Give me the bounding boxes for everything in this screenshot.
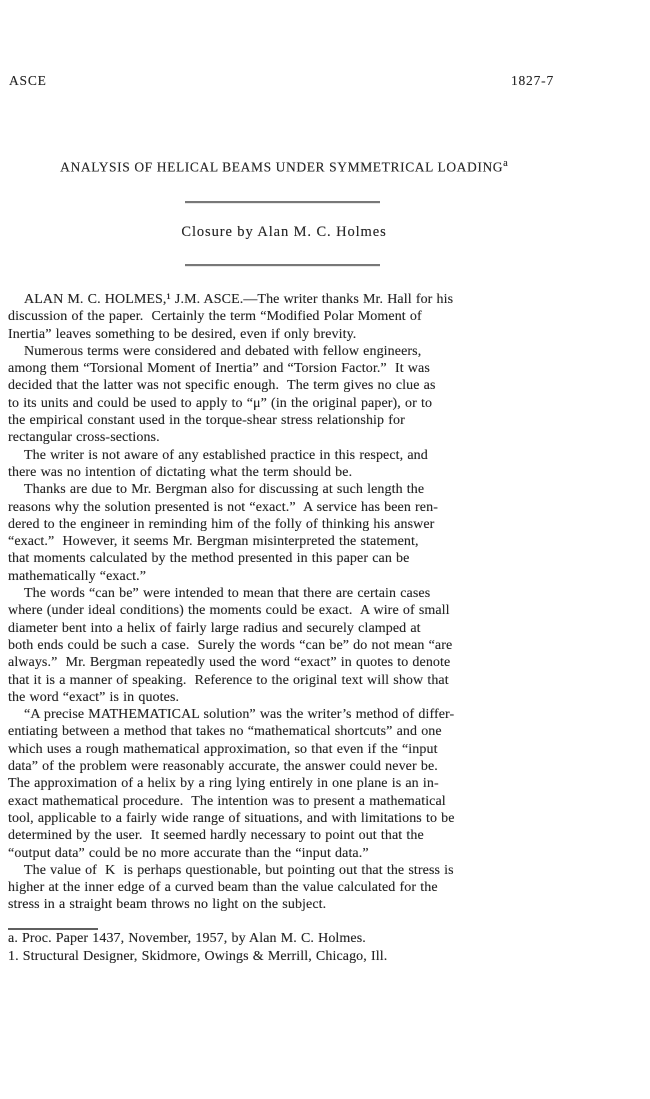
body-line: exact mathematical procedure. The intent… xyxy=(8,793,552,810)
body-line: Numerous terms were considered and debat… xyxy=(8,343,552,360)
body-line: The writer is not aware of any establish… xyxy=(8,447,552,464)
society-name: ASCE xyxy=(9,73,47,89)
closure-byline: Closure by Alan M. C. Holmes xyxy=(8,224,560,241)
body-line: always.” Mr. Bergman repeatedly used the… xyxy=(8,654,552,671)
body-line: both ends could be such a case. Surely t… xyxy=(8,637,552,654)
body-line: “output data” could be no more accurate … xyxy=(8,845,552,862)
body-line: dered to the engineer in reminding him o… xyxy=(8,516,552,533)
body-line: that it is a manner of speaking. Referen… xyxy=(8,672,552,689)
body-line: data” of the problem were reasonably acc… xyxy=(8,758,552,775)
body-line: tool, applicable to a fairly wide range … xyxy=(8,810,552,827)
body-line: diameter bent into a helix of fairly lar… xyxy=(8,620,552,637)
paper-title: ANALYSIS OF HELICAL BEAMS UNDER SYMMETRI… xyxy=(8,158,560,176)
page-header: ASCE 1827-7 xyxy=(9,73,554,89)
paper-title-text: ANALYSIS OF HELICAL BEAMS UNDER SYMMETRI… xyxy=(60,160,503,175)
body-line: higher at the inner edge of a curved bea… xyxy=(8,879,552,896)
body-line: the empirical constant used in the torqu… xyxy=(8,412,552,429)
body-line: ALAN M. C. HOLMES,¹ J.M. ASCE.—The write… xyxy=(8,291,552,308)
body-line: rectangular cross-sections. xyxy=(8,429,552,446)
document-page: ASCE 1827-7 ANALYSIS OF HELICAL BEAMS UN… xyxy=(0,0,650,1099)
body-line: to its units and could be used to apply … xyxy=(8,395,552,412)
body-line: the word “exact” is in quotes. xyxy=(8,689,552,706)
body-line: reasons why the solution presented is no… xyxy=(8,499,552,516)
body-line: mathematically “exact.” xyxy=(8,568,552,585)
divider-rule-top xyxy=(185,201,380,204)
body-line: stress in a straight beam throws no ligh… xyxy=(8,896,552,913)
divider-rule-bottom xyxy=(185,264,380,267)
footnotes: a. Proc. Paper 1437, November, 1957, by … xyxy=(8,930,568,965)
footnote-a: a. Proc. Paper 1437, November, 1957, by … xyxy=(8,930,568,948)
body-line: discussion of the paper. Certainly the t… xyxy=(8,308,552,325)
body-text: ALAN M. C. HOLMES,¹ J.M. ASCE.—The write… xyxy=(8,291,552,914)
title-footnote-marker: a xyxy=(503,158,508,169)
body-line: “A precise MATHEMATICAL solution” was th… xyxy=(8,706,552,723)
body-line: Thanks are due to Mr. Bergman also for d… xyxy=(8,481,552,498)
body-line: among them “Torsional Moment of Inertia”… xyxy=(8,360,552,377)
body-line: The words “can be” were intended to mean… xyxy=(8,585,552,602)
paper-number: 1827-7 xyxy=(511,73,554,89)
body-line: decided that the latter was not specific… xyxy=(8,377,552,394)
body-line: Inertia” leaves something to be desired,… xyxy=(8,326,552,343)
body-line: The approximation of a helix by a ring l… xyxy=(8,775,552,792)
body-line: where (under ideal conditions) the momen… xyxy=(8,602,552,619)
body-line: determined by the user. It seemed hardly… xyxy=(8,827,552,844)
footnote-1: 1. Structural Designer, Skidmore, Owings… xyxy=(8,948,568,966)
body-line: entiating between a method that takes no… xyxy=(8,723,552,740)
body-line: that moments calculated by the method pr… xyxy=(8,550,552,567)
body-line: which uses a rough mathematical approxim… xyxy=(8,741,552,758)
body-line: there was no intention of dictating what… xyxy=(8,464,552,481)
body-line: “exact.” However, it seems Mr. Bergman m… xyxy=(8,533,552,550)
body-line: The value of K is perhaps questionable, … xyxy=(8,862,552,879)
